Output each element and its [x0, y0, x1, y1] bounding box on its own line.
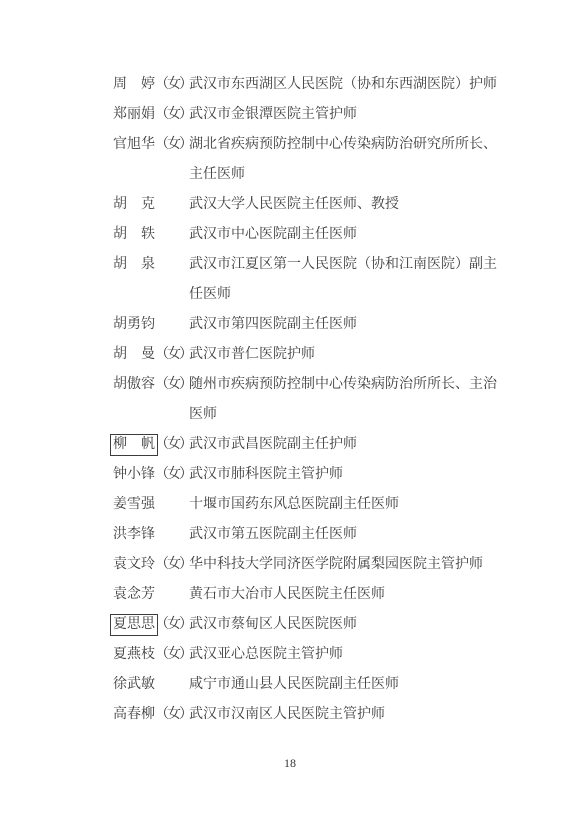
person-affiliation: 武汉市普仁医院护师 [189, 340, 502, 370]
gender-marker: （女） [155, 70, 189, 100]
person-affiliation: 武汉市第五医院副主任医师 [189, 520, 502, 550]
person-name: 胡傲容 [113, 370, 155, 400]
personnel-entry: 胡 克 武汉大学人民医院主任医师、教授 [113, 190, 513, 220]
gender-marker: （女） [155, 700, 189, 730]
person-name: 郑丽娟 [113, 100, 155, 130]
person-name: 柳 帆 [113, 430, 155, 460]
person-name-text: 夏燕枝 [113, 640, 155, 670]
person-affiliation: 武汉市第四医院副主任医师 [189, 310, 502, 340]
person-name: 官旭华 [113, 130, 155, 160]
person-name: 夏燕枝 [113, 640, 155, 670]
person-affiliation: 武汉市江夏区第一人民医院（协和江南医院）副主任医师 [189, 250, 502, 310]
person-name: 胡 轶 [113, 220, 155, 250]
personnel-entry: 郑丽娟 （女） 武汉市金银潭医院主管护师 [113, 100, 513, 130]
personnel-entry: 钟小锋 （女） 武汉市肺科医院主管护师 [113, 460, 513, 490]
personnel-entry: 袁念芳 黄石市大冶市人民医院主任医师 [113, 580, 513, 610]
personnel-entry: 周 婷 （女） 武汉市东西湖区人民医院（协和东西湖医院）护师 [113, 70, 513, 100]
personnel-entry: 柳 帆 （女） 武汉市武昌医院副主任护师 [113, 430, 513, 460]
person-name-text: 袁文玲 [113, 550, 155, 580]
person-affiliation: 十堰市国药东风总医院副主任医师 [189, 490, 502, 520]
person-affiliation: 武汉市东西湖区人民医院（协和东西湖医院）护师 [189, 70, 502, 100]
person-name-text: 胡 克 [113, 190, 155, 220]
gender-marker: （女） [155, 610, 189, 640]
person-name-text: 胡 轶 [113, 220, 155, 250]
person-name: 钟小锋 [113, 460, 155, 490]
person-affiliation: 武汉市武昌医院副主任护师 [189, 430, 502, 460]
person-name: 胡勇钧 [113, 310, 155, 340]
person-name: 袁文玲 [113, 550, 155, 580]
person-name-text: 胡傲容 [113, 370, 155, 400]
personnel-entry: 夏思思 （女） 武汉市蔡甸区人民医院医师 [113, 610, 513, 640]
personnel-entry: 高春柳 （女） 武汉市汉南区人民医院主管护师 [113, 700, 513, 730]
person-name: 胡 克 [113, 190, 155, 220]
person-name: 徐武敏 [113, 670, 155, 700]
person-name-text: 胡勇钧 [113, 310, 155, 340]
page-number: 18 [0, 756, 580, 771]
person-name-text: 姜雪强 [113, 490, 155, 520]
person-affiliation: 黄石市大冶市人民医院主任医师 [189, 580, 502, 610]
person-affiliation: 咸宁市通山县人民医院副主任医师 [189, 670, 502, 700]
person-name-text: 袁念芳 [113, 580, 155, 610]
person-name: 姜雪强 [113, 490, 155, 520]
personnel-entry: 官旭华 （女） 湖北省疾病预防控制中心传染病防治研究所所长、主任医师 [113, 130, 513, 190]
person-name: 周 婷 [113, 70, 155, 100]
person-name-text: 钟小锋 [113, 460, 155, 490]
person-name-text: 周 婷 [113, 70, 155, 100]
person-affiliation: 湖北省疾病预防控制中心传染病防治研究所所长、主任医师 [189, 130, 502, 190]
gender-marker: （女） [155, 430, 189, 460]
personnel-entry: 胡 泉 武汉市江夏区第一人民医院（协和江南医院）副主任医师 [113, 250, 513, 310]
personnel-entry: 徐武敏 咸宁市通山县人民医院副主任医师 [113, 670, 513, 700]
gender-marker: （女） [155, 640, 189, 670]
gender-marker: （女） [155, 130, 189, 160]
gender-marker: （女） [155, 370, 189, 400]
personnel-entry: 姜雪强 十堰市国药东风总医院副主任医师 [113, 490, 513, 520]
personnel-entry: 胡傲容 （女） 随州市疾病预防控制中心传染病防治所所长、主治医师 [113, 370, 513, 430]
person-affiliation: 武汉市金银潭医院主管护师 [189, 100, 502, 130]
person-name-text: 官旭华 [113, 130, 155, 160]
personnel-list: 周 婷 （女） 武汉市东西湖区人民医院（协和东西湖医院）护师 郑丽娟 （女） 武… [113, 70, 513, 730]
person-name-text: 胡 曼 [113, 340, 155, 370]
person-affiliation: 武汉市肺科医院主管护师 [189, 460, 502, 490]
person-name-text: 徐武敏 [113, 670, 155, 700]
person-affiliation: 武汉亚心总医院主管护师 [189, 640, 502, 670]
person-name: 夏思思 [113, 610, 155, 640]
gender-marker: （女） [155, 100, 189, 130]
person-name-text: 高春柳 [113, 700, 155, 730]
personnel-entry: 洪李锋 武汉市第五医院副主任医师 [113, 520, 513, 550]
person-name: 胡 泉 [113, 250, 155, 280]
gender-marker: （女） [155, 550, 189, 580]
person-affiliation: 武汉市中心医院副主任医师 [189, 220, 502, 250]
person-name: 胡 曼 [113, 340, 155, 370]
person-name-text: 夏思思 [110, 614, 158, 636]
personnel-entry: 夏燕枝 （女） 武汉亚心总医院主管护师 [113, 640, 513, 670]
person-name-text: 柳 帆 [110, 434, 158, 456]
person-affiliation: 华中科技大学同济医学院附属梨园医院主管护师 [189, 550, 502, 580]
person-affiliation: 随州市疾病预防控制中心传染病防治所所长、主治医师 [189, 370, 502, 430]
gender-marker: （女） [155, 460, 189, 490]
personnel-entry: 胡 轶 武汉市中心医院副主任医师 [113, 220, 513, 250]
person-affiliation: 武汉市汉南区人民医院主管护师 [189, 700, 502, 730]
personnel-entry: 胡 曼 （女） 武汉市普仁医院护师 [113, 340, 513, 370]
person-affiliation: 武汉大学人民医院主任医师、教授 [189, 190, 502, 220]
document-page: 周 婷 （女） 武汉市东西湖区人民医院（协和东西湖医院）护师 郑丽娟 （女） 武… [0, 0, 580, 820]
person-name-text: 胡 泉 [113, 250, 155, 280]
gender-marker: （女） [155, 340, 189, 370]
personnel-entry: 袁文玲 （女） 华中科技大学同济医学院附属梨园医院主管护师 [113, 550, 513, 580]
person-name-text: 洪李锋 [113, 520, 155, 550]
person-name: 洪李锋 [113, 520, 155, 550]
personnel-entry: 胡勇钧 武汉市第四医院副主任医师 [113, 310, 513, 340]
person-name-text: 郑丽娟 [113, 100, 155, 130]
person-name: 高春柳 [113, 700, 155, 730]
person-name: 袁念芳 [113, 580, 155, 610]
person-affiliation: 武汉市蔡甸区人民医院医师 [189, 610, 502, 640]
